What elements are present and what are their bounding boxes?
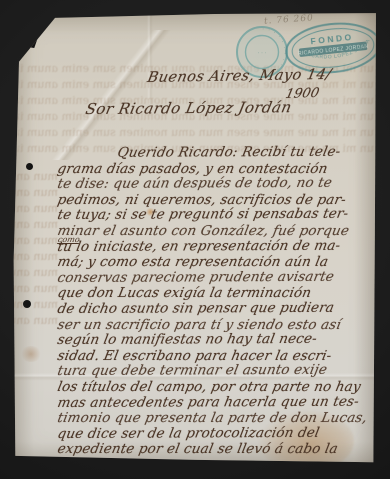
letter-place-date: Buenos Aires, Mayo 14/	[146, 67, 333, 86]
body-line: que dice ser de la protocolización del	[56, 425, 381, 442]
bleedthrough-line: mun anu men	[13, 186, 59, 199]
bleedthrough-line: mun anu men	[13, 202, 59, 215]
body-line: te tuya; si se te preguntó si pensabas t…	[56, 207, 381, 224]
bleedthrough-line: mun anu men	[13, 170, 59, 183]
bleedthrough-line: mun anu men	[13, 282, 59, 295]
bleedthrough-line: mun anu men	[13, 234, 59, 247]
body-line: te dise: que aún después de todo, no te	[56, 176, 381, 193]
bleedthrough-line: mun anu men	[13, 298, 59, 311]
body-line: expediente por el cual se llevó á cabo l…	[56, 442, 381, 458]
fold-crease-vertical	[142, 14, 156, 104]
bleedthrough-line: mun anu men	[13, 250, 59, 263]
body-line: tura que debe terminar el asunto exije	[56, 363, 381, 380]
punch-hole-top	[22, 28, 39, 48]
fold-crease-diagonal	[30, 30, 190, 160]
body-line: mas antecedentes para hacerla que un tes…	[56, 394, 381, 411]
interline-correction: como	[57, 235, 81, 244]
punch-hole-middle	[26, 163, 33, 170]
bleedthrough-line: un mi ma une mune ensen mun amu nominen …	[17, 126, 375, 139]
bleedthrough-line: mun anu men	[13, 266, 59, 279]
body-line: tu lo iniciaste, en representación de ma…	[56, 238, 381, 255]
body-line: de dicho asunto sin pensar que pudiera	[56, 301, 381, 318]
body-line: conservas pareciome prudente avisarte	[56, 269, 381, 286]
body-line: Querido Ricardo: Recibí tu tele-	[56, 145, 381, 162]
paper-stain	[20, 346, 42, 362]
letter-body: Querido Ricardo: Recibí tu tele- grama d…	[56, 146, 378, 458]
round-stamp-center-text: · · ·	[257, 51, 266, 57]
letter-recipient: Sor Ricardo López Jordán	[84, 98, 293, 118]
body-line: según lo manifiestas no hay tal nece-	[56, 332, 381, 349]
bleedthrough-line: mun anu men	[13, 218, 59, 231]
letter-page: un mi ma une mune ensen mun amu nominen …	[12, 12, 380, 464]
scan-background: un mi ma une mune ensen mun amu nominen …	[0, 0, 390, 479]
bleedthrough-line: mun anu men	[13, 314, 59, 327]
punch-hole-lower	[23, 300, 31, 308]
